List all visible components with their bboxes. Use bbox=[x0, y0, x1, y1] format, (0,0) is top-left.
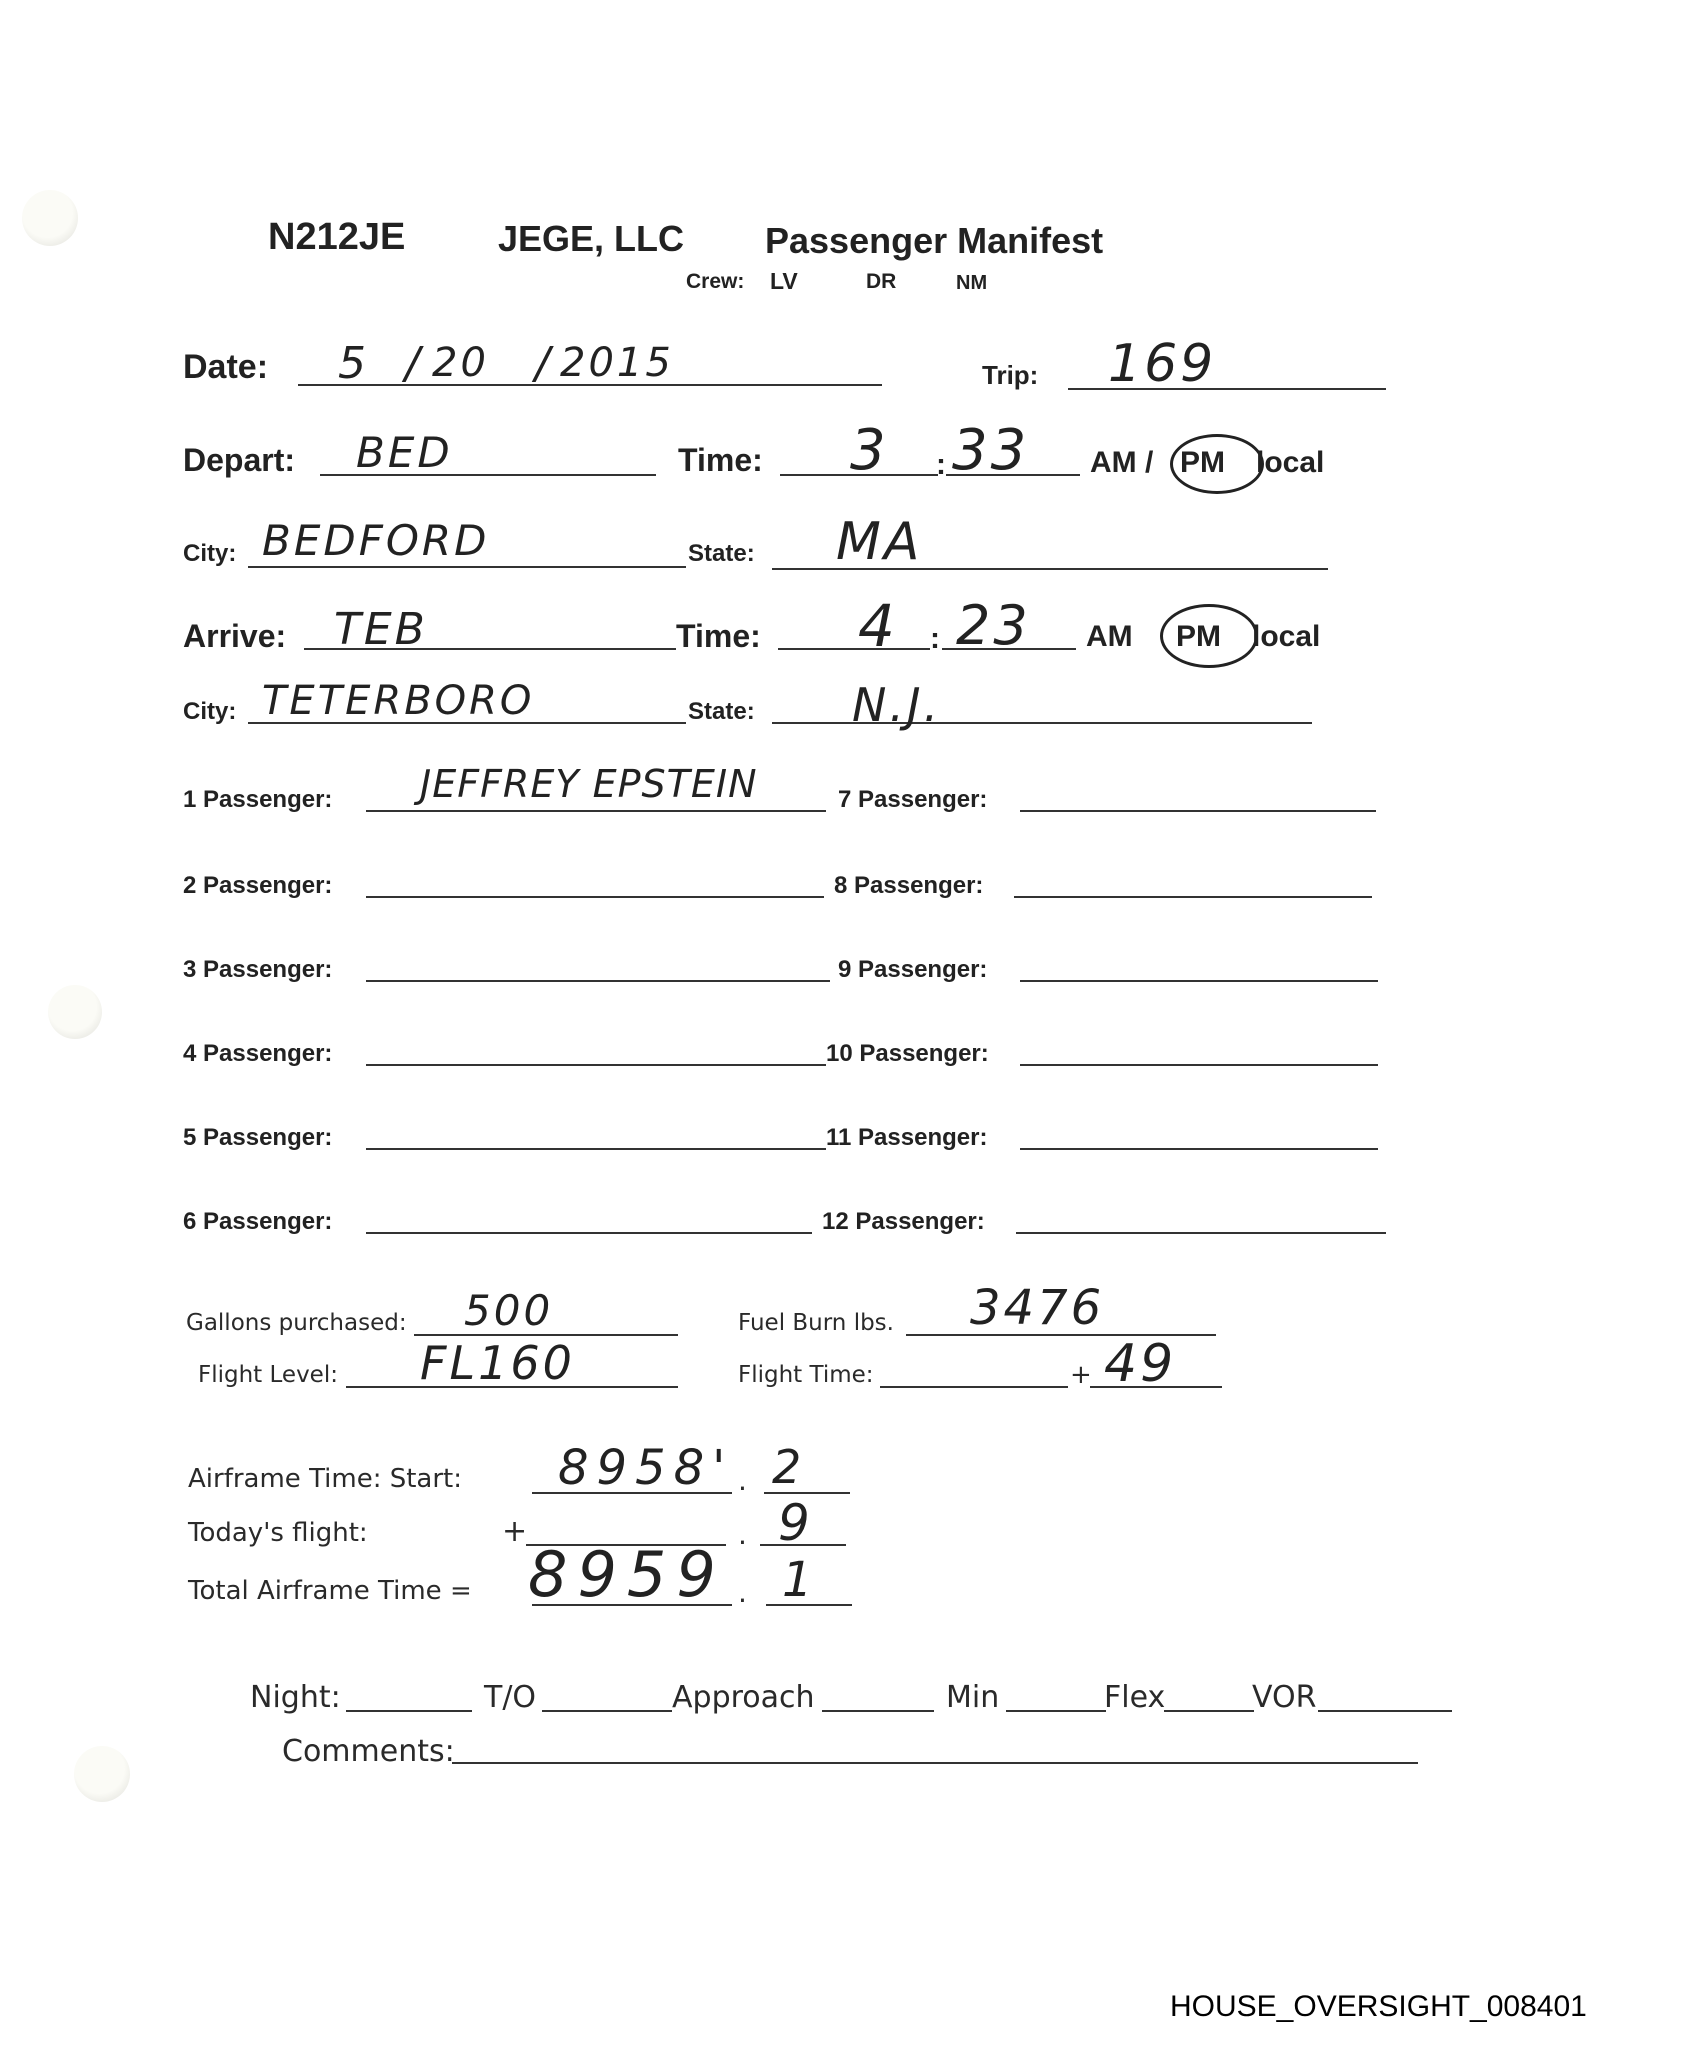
date-day: 20 bbox=[432, 340, 489, 386]
passenger-8-label: 8 Passenger: bbox=[834, 872, 983, 900]
depart-local-label: local bbox=[1256, 446, 1324, 480]
passenger-2-label: 2 Passenger: bbox=[183, 872, 332, 900]
airframe-start-whole: 8958' bbox=[558, 1440, 733, 1496]
passenger-7-line[interactable] bbox=[1020, 810, 1376, 812]
date-month: 5 bbox=[338, 338, 369, 389]
passenger-6-label: 6 Passenger: bbox=[183, 1208, 332, 1236]
arrive-hour-line[interactable] bbox=[778, 648, 930, 650]
passenger-6-line[interactable] bbox=[366, 1232, 812, 1234]
passenger-5-line[interactable] bbox=[366, 1148, 826, 1150]
bates-number: HOUSE_OVERSIGHT_008401 bbox=[1170, 1990, 1587, 2024]
comments-label: Comments: bbox=[282, 1734, 455, 1769]
depart-pm-circle bbox=[1170, 434, 1264, 494]
flight-time-plus: + bbox=[1070, 1360, 1092, 1390]
passenger-11-line[interactable] bbox=[1020, 1148, 1378, 1150]
company-name: JEGE, LLC bbox=[498, 218, 684, 260]
punch-hole-top bbox=[22, 190, 78, 246]
today-flight-plus: + bbox=[502, 1514, 527, 1549]
crew-member-3: NM bbox=[956, 272, 987, 295]
arrive-city: TETERBORO bbox=[262, 678, 534, 724]
date-label: Date: bbox=[183, 348, 268, 387]
total-airframe-tenth: 1 bbox=[782, 1552, 816, 1608]
depart-airport: BED bbox=[356, 428, 453, 477]
depart-hour: 3 bbox=[850, 418, 889, 483]
vor-label: VOR bbox=[1252, 1680, 1316, 1715]
today-flight-tenth: 9 bbox=[778, 1494, 813, 1552]
trip-number: 169 bbox=[1108, 334, 1216, 394]
passenger-8-line[interactable] bbox=[1014, 896, 1372, 898]
passenger-2-line[interactable] bbox=[366, 896, 824, 898]
depart-time-label: Time: bbox=[678, 442, 763, 479]
airframe-start-tenth: 2 bbox=[772, 1440, 804, 1494]
depart-minute: 33 bbox=[952, 418, 1029, 483]
airframe-start-label: Airframe Time: Start: bbox=[188, 1464, 462, 1494]
arrive-airport: TEB bbox=[334, 604, 428, 655]
approach-line[interactable] bbox=[822, 1710, 934, 1712]
passenger-4-label: 4 Passenger: bbox=[183, 1040, 332, 1068]
depart-am-option[interactable]: AM / bbox=[1090, 446, 1153, 480]
arrive-hour: 4 bbox=[858, 592, 898, 660]
min-label: Min bbox=[946, 1680, 999, 1715]
total-airframe-label: Total Airframe Time = bbox=[188, 1576, 472, 1606]
passenger-4-line[interactable] bbox=[366, 1064, 826, 1066]
tail-number: N212JE bbox=[268, 216, 405, 259]
arrive-city-label: City: bbox=[183, 698, 236, 726]
date-separator-2: / bbox=[535, 338, 553, 389]
night-line[interactable] bbox=[346, 1710, 472, 1712]
form-title: Passenger Manifest bbox=[765, 220, 1103, 262]
trip-label: Trip: bbox=[982, 360, 1038, 391]
flight-time-value: 49 bbox=[1104, 1334, 1176, 1394]
arrive-state-label: State: bbox=[688, 698, 755, 726]
flight-time-label: Flight Time: bbox=[738, 1362, 874, 1388]
fuel-burn-label: Fuel Burn lbs. bbox=[738, 1310, 894, 1336]
flight-level-value: FL160 bbox=[420, 1336, 575, 1390]
passenger-5-label: 5 Passenger: bbox=[183, 1124, 332, 1152]
arrive-time-label: Time: bbox=[676, 618, 761, 655]
passenger-1-label: 1 Passenger: bbox=[183, 786, 332, 814]
depart-time-colon: : bbox=[936, 448, 946, 482]
airframe-start-dot: . bbox=[738, 1464, 747, 1497]
arrive-state: N.J. bbox=[852, 678, 941, 732]
today-flight-dot: . bbox=[738, 1518, 747, 1551]
fuel-burn-value: 3476 bbox=[970, 1280, 1104, 1336]
takeoff-line[interactable] bbox=[542, 1710, 672, 1712]
crew-label: Crew: bbox=[686, 270, 744, 294]
passenger-1-name: JEFFREY EPSTEIN bbox=[420, 762, 758, 806]
arrive-time-colon: : bbox=[930, 622, 940, 656]
depart-state: MA bbox=[836, 512, 922, 572]
passenger-7-label: 7 Passenger: bbox=[838, 786, 987, 814]
passenger-10-line[interactable] bbox=[1020, 1064, 1378, 1066]
takeoff-label: T/O bbox=[484, 1680, 536, 1715]
min-line[interactable] bbox=[1006, 1710, 1106, 1712]
flight-level-label: Flight Level: bbox=[198, 1362, 338, 1388]
total-airframe-whole: 8959 bbox=[528, 1538, 726, 1611]
punch-hole-bottom bbox=[74, 1746, 130, 1802]
vor-line[interactable] bbox=[1318, 1710, 1452, 1712]
passenger-12-line[interactable] bbox=[1016, 1232, 1386, 1234]
today-flight-label: Today's flight: bbox=[188, 1518, 368, 1548]
flex-label: Flex bbox=[1104, 1680, 1165, 1715]
crew-member-2: DR bbox=[866, 270, 896, 294]
gallons-value: 500 bbox=[464, 1286, 553, 1335]
passenger-10-label: 10 Passenger: bbox=[826, 1040, 989, 1068]
passenger-9-label: 9 Passenger: bbox=[838, 956, 987, 984]
date-year: 2015 bbox=[560, 340, 674, 386]
flight-time-hours-line[interactable] bbox=[880, 1386, 1068, 1388]
flex-line[interactable] bbox=[1164, 1710, 1254, 1712]
approach-label: Approach bbox=[672, 1680, 815, 1715]
passenger-3-line[interactable] bbox=[366, 980, 830, 982]
depart-city-line[interactable] bbox=[248, 566, 686, 568]
arrive-minute: 23 bbox=[956, 594, 1031, 657]
punch-hole-middle bbox=[48, 985, 102, 1039]
crew-member-1: LV bbox=[770, 268, 798, 295]
arrive-am-option[interactable]: AM bbox=[1086, 620, 1133, 654]
passenger-1-line[interactable] bbox=[366, 810, 826, 812]
arrive-label: Arrive: bbox=[183, 618, 286, 655]
passenger-12-label: 12 Passenger: bbox=[822, 1208, 985, 1236]
comments-line[interactable] bbox=[452, 1762, 1418, 1764]
passenger-9-line[interactable] bbox=[1020, 980, 1378, 982]
depart-label: Depart: bbox=[183, 442, 295, 479]
date-separator-1: / bbox=[405, 338, 423, 389]
depart-state-label: State: bbox=[688, 540, 755, 568]
passenger-3-label: 3 Passenger: bbox=[183, 956, 332, 984]
gallons-label: Gallons purchased: bbox=[186, 1310, 407, 1336]
total-airframe-dot: . bbox=[738, 1576, 747, 1609]
depart-city: BEDFORD bbox=[262, 516, 489, 565]
night-label: Night: bbox=[250, 1680, 341, 1715]
depart-city-label: City: bbox=[183, 540, 236, 568]
arrive-pm-circle bbox=[1160, 604, 1258, 668]
arrive-local-label: local bbox=[1252, 620, 1320, 654]
passenger-11-label: 11 Passenger: bbox=[826, 1124, 987, 1152]
